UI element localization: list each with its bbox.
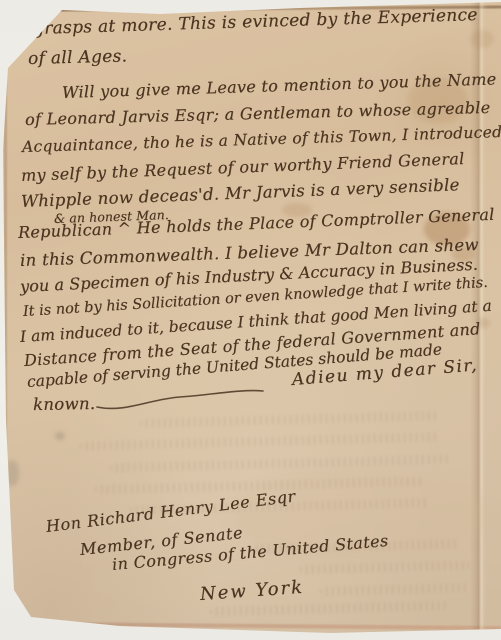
letter-line: grasps at more. This is evinced by the E… — [33, 6, 478, 39]
bleed-through-marks — [140, 411, 440, 428]
paper-left-edge — [4, 66, 7, 618]
letter-line: of Leonard Jarvis Esqr; a Gentleman to w… — [25, 99, 491, 129]
stain-mark — [55, 432, 65, 440]
stain-mark — [470, 30, 494, 48]
letter-line: known. — [33, 395, 96, 414]
stain-mark — [5, 460, 19, 486]
ink-spot — [46, 621, 53, 626]
letter-scan: grasps at more. This is evinced by the E… — [0, 0, 501, 640]
paper-bottom-edge — [28, 622, 501, 630]
flourish-line — [95, 385, 265, 413]
bleed-through-marks — [80, 432, 440, 450]
letter-line: of all Ages. — [28, 47, 128, 68]
bleed-through-marks — [110, 455, 450, 473]
paper-sheet: grasps at more. This is evinced by the E… — [0, 0, 501, 640]
